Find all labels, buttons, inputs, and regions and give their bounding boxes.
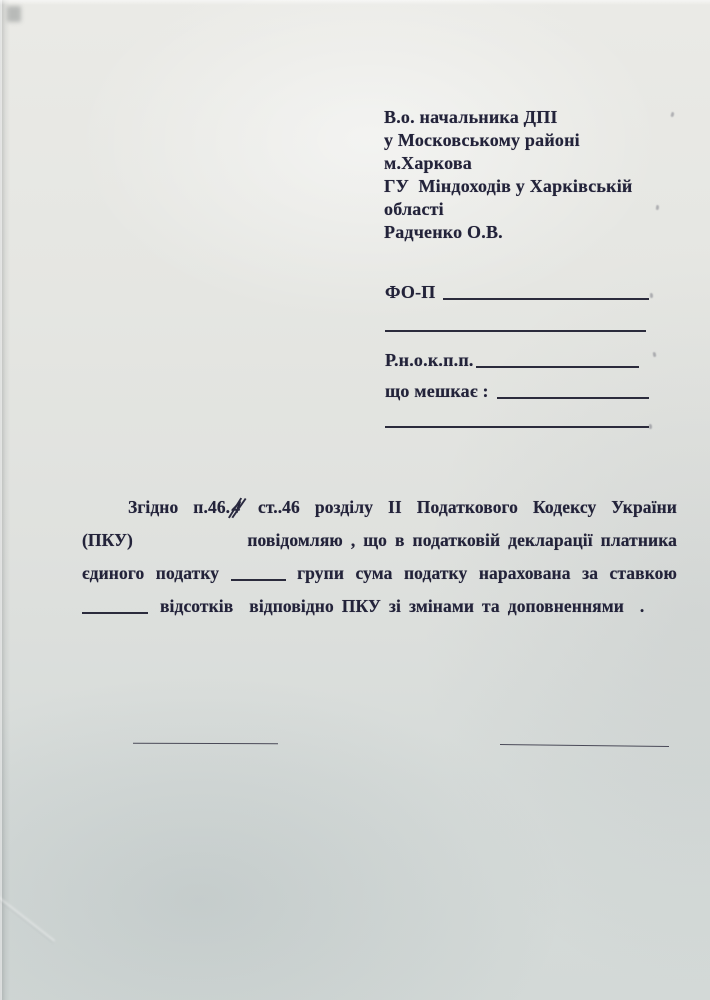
recipient-line: В.о. начальника ДПІ (384, 106, 632, 129)
paper-speck (650, 293, 653, 298)
rnokpp-underline (476, 366, 639, 368)
tax-rate-blank (82, 610, 148, 614)
rnokpp-label: Р.н.о.к.п.п. (385, 349, 474, 371)
paper-speck (649, 424, 652, 429)
recipient-line: у Московському районі (384, 129, 632, 152)
body-line-1-post: ст..46 розділу ІІ Податкового Кодексу Ук… (258, 497, 677, 517)
body-paragraph: Згідно п.46.4 ст..46 розділу ІІ Податков… (82, 491, 677, 623)
recipient-line: області (384, 198, 632, 221)
body-line-3: єдиного податку групи сума податку нарах… (82, 557, 677, 590)
body-line-3-pre: єдиного податку (82, 563, 219, 583)
body-line-1: Згідно п.46.4 ст..46 розділу ІІ Податков… (82, 491, 677, 524)
scanned-letter: В.о. начальника ДПІ у Московському район… (0, 0, 710, 1000)
fop-extra-underline (385, 330, 646, 332)
paper-smudge (7, 6, 21, 22)
residence-extra-underline (385, 426, 649, 428)
body-line-4-text: відсотків відповідно ПКУ зі змінами та д… (152, 596, 644, 616)
residence-label: що мешкає : (385, 380, 489, 402)
recipient-block: В.о. начальника ДПІ у Московському район… (384, 106, 632, 244)
signature-line-right (500, 744, 669, 747)
paper-speck (670, 112, 674, 118)
paper-top-edge-highlight (0, 0, 710, 5)
body-line-2-text: повідомляю , що в податковій декларації … (247, 524, 677, 557)
recipient-line: Радченко О.В. (384, 221, 632, 244)
pku-abbreviation: (ПКУ) (82, 524, 133, 557)
rnokpp-row: Р.н.о.к.п.п. (385, 347, 639, 371)
fop-row: ФО-П (385, 279, 649, 303)
fop-label: ФО-П (385, 281, 435, 303)
paper-left-edge-highlight (0, 0, 2, 1000)
recipient-line: ГУ Міндоходів у Харківській (384, 175, 632, 198)
struck-subparagraph: 4 (228, 491, 245, 524)
recipient-line: м.Харкова (384, 152, 632, 175)
body-line-2: (ПКУ) повідомляю , що в податковій декла… (82, 524, 677, 557)
paper-speck (656, 205, 660, 210)
body-line-1-pre: Згідно п.46. (128, 497, 230, 517)
signature-line-left (133, 743, 278, 745)
paper-speck (653, 352, 657, 357)
tax-group-blank (231, 577, 286, 581)
body-line-4: відсотків відповідно ПКУ зі змінами та д… (82, 590, 677, 623)
fop-underline (443, 298, 649, 300)
residence-underline (497, 397, 649, 399)
residence-row: що мешкає : (385, 378, 649, 402)
body-line-3-post: групи сума податку нарахована за ставкою (297, 563, 677, 583)
